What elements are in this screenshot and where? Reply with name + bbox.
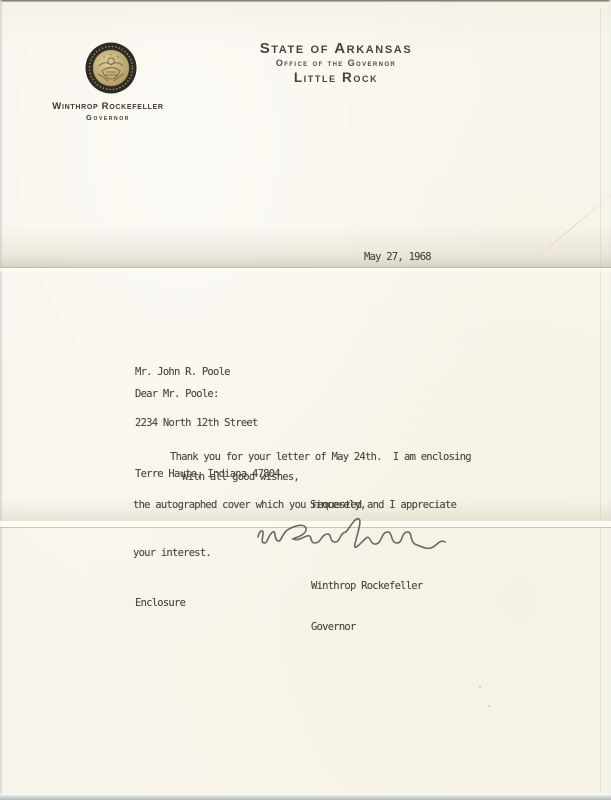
signature-name: Winthrop Rockefeller <box>311 580 422 594</box>
scan-left-edge <box>0 0 3 800</box>
good-wishes-line: With all good wishes, <box>182 469 299 485</box>
fold-crease-upper-highlight <box>0 268 611 274</box>
fold-crease-upper-shadow <box>0 226 611 267</box>
letterhead-state-line: State of Arkansas <box>230 41 442 57</box>
closing-line: Sincerely, <box>310 497 366 513</box>
letterhead-org-block: State of Arkansas Office of the Governor… <box>230 41 442 85</box>
body-line: the autographed cover which you requeste… <box>133 497 471 513</box>
scan-bottom-edge <box>0 794 611 800</box>
letterhead-sender-block: Winthrop Rockefeller Governor <box>38 101 178 123</box>
scanned-letter-page: Winthrop Rockefeller Governor State of A… <box>0 0 611 800</box>
recipient-name: Mr. John R. Poole <box>135 364 280 381</box>
fold-crease-upper-line <box>0 267 611 268</box>
body-line: Thank you for your letter of May 24th. I… <box>133 449 471 465</box>
letterhead-office-line: Office of the Governor <box>230 57 442 70</box>
letter-date: May 27, 1968 <box>364 249 431 265</box>
paper-right-edge-line <box>600 8 601 792</box>
letterhead-sender-title: Governor <box>38 113 178 123</box>
signature-title: Governor <box>311 621 422 635</box>
signature-block: Winthrop Rockefeller Governor <box>311 553 422 661</box>
salutation: Dear Mr. Poole: <box>135 386 219 402</box>
scan-top-edge <box>0 0 611 2</box>
enclosure-note: Enclosure <box>135 595 185 611</box>
letterhead-city-line: Little Rock <box>230 70 442 85</box>
state-seal-icon <box>84 41 138 95</box>
dust-speck <box>488 705 490 707</box>
diagonal-crease <box>528 191 611 264</box>
letterhead-sender-name: Winthrop Rockefeller <box>38 101 178 113</box>
dust-speck <box>479 686 481 688</box>
